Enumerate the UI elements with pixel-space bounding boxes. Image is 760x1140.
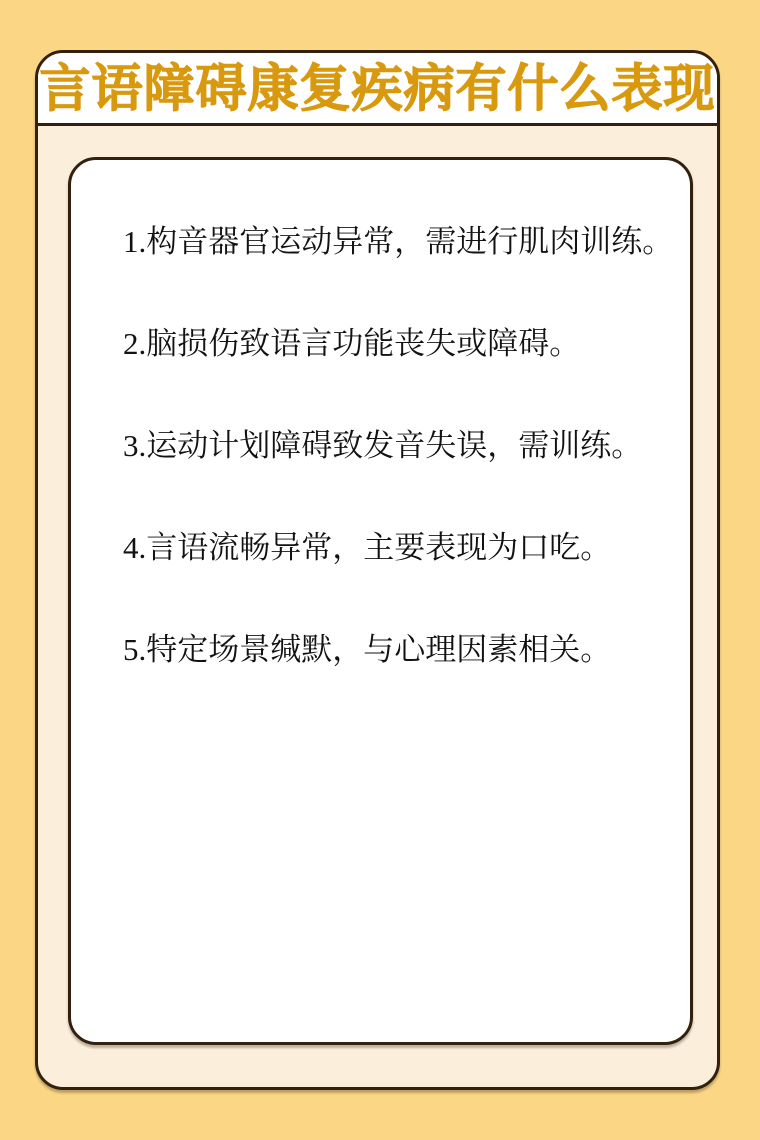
page-background: { "header": { "title": "言语障碍康复疾病有什么表现" }…	[0, 0, 760, 1140]
page-title: 言语障碍康复疾病有什么表现	[39, 63, 715, 114]
list-item-4: 4.言语流畅异常，主要表现为口吃。	[123, 528, 660, 568]
list-item-3: 3.运动计划障碍致发音失误，需训练。	[123, 426, 660, 466]
content-card: 1.构音器官运动异常，需进行肌肉训练。 2.脑损伤致语言功能丧失或障碍。 3.运…	[68, 157, 693, 1045]
list-item-2: 2.脑损伤致语言功能丧失或障碍。	[123, 324, 660, 364]
poster-card: 言语障碍康复疾病有什么表现 1.构音器官运动异常，需进行肌肉训练。 2.脑损伤致…	[35, 50, 720, 1090]
list-item-1: 1.构音器官运动异常，需进行肌肉训练。	[123, 222, 660, 262]
list-item-5: 5.特定场景缄默，与心理因素相关。	[123, 630, 660, 670]
title-bar: 言语障碍康复疾病有什么表现	[38, 53, 717, 126]
